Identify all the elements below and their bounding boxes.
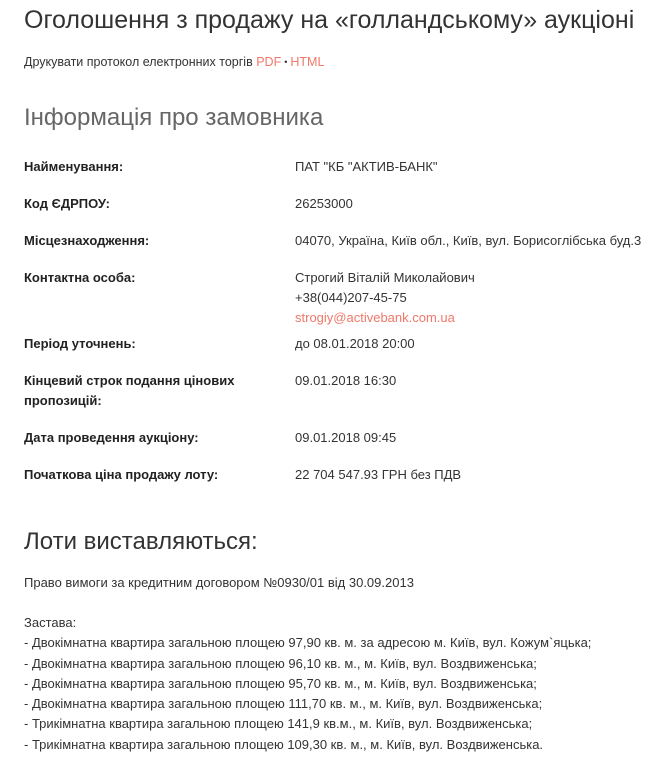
- collateral-item: - Двокімнатна квартира загальною площею …: [24, 633, 591, 653]
- info-label: Період уточнень:: [24, 334, 264, 354]
- info-label: Код ЄДРПОУ:: [24, 194, 264, 214]
- collateral-item: - Двокімнатна квартира загальною площею …: [24, 674, 591, 694]
- info-value: 09.01.2018 09:45: [295, 428, 396, 448]
- info-label: Найменування:: [24, 157, 264, 177]
- contact-phone: +38(044)207-45-75: [295, 288, 475, 308]
- print-protocol-line: Друкувати протокол електронних торгів PD…: [24, 55, 324, 69]
- info-value: 04070, Україна, Київ обл., Київ, вул. Бо…: [295, 231, 641, 251]
- info-label: Кінцевий строк подання цінових пропозиці…: [24, 371, 264, 411]
- info-value: 09.01.2018 16:30: [295, 371, 396, 391]
- collateral-item: - Двокімнатна квартира загальною площею …: [24, 694, 591, 714]
- collateral-item: - Трикімнатна квартира загальною площею …: [24, 735, 591, 755]
- info-label: Контактна особа:: [24, 268, 264, 288]
- contact-block: Строгий Віталій Миколайович +38(044)207-…: [295, 268, 475, 328]
- customer-info-title: Інформація про замовника: [24, 104, 323, 132]
- lot-claim-text: Право вимоги за кредитним договором №093…: [24, 575, 414, 590]
- collateral-list: Застава: - Двокімнатна квартира загально…: [24, 613, 591, 755]
- info-label: Дата проведення аукціону:: [24, 428, 264, 448]
- info-label: Місцезнаходження:: [24, 231, 264, 251]
- pdf-link[interactable]: PDF: [256, 55, 281, 69]
- lots-title: Лоти виставляються:: [24, 528, 258, 556]
- html-link[interactable]: HTML: [290, 55, 324, 69]
- bullet-separator: •: [284, 57, 287, 67]
- page-title: Оголошення з продажу на «голландському» …: [24, 6, 634, 35]
- contact-email-link[interactable]: strogiy@activebank.com.ua: [295, 310, 455, 325]
- collateral-title: Застава:: [24, 613, 591, 633]
- collateral-item: - Трикімнатна квартира загальною площею …: [24, 714, 591, 734]
- info-value: ПАТ "КБ "АКТИВ-БАНК": [295, 157, 438, 177]
- info-label: Початкова ціна продажу лоту:: [24, 465, 264, 485]
- contact-name: Строгий Віталій Миколайович: [295, 268, 475, 288]
- info-value: 26253000: [295, 194, 353, 214]
- info-value: 22 704 547.93 ГРН без ПДВ: [295, 465, 461, 485]
- info-value: до 08.01.2018 20:00: [295, 334, 415, 354]
- collateral-item: - Двокімнатна квартира загальною площею …: [24, 654, 591, 674]
- print-protocol-label: Друкувати протокол електронних торгів: [24, 55, 253, 69]
